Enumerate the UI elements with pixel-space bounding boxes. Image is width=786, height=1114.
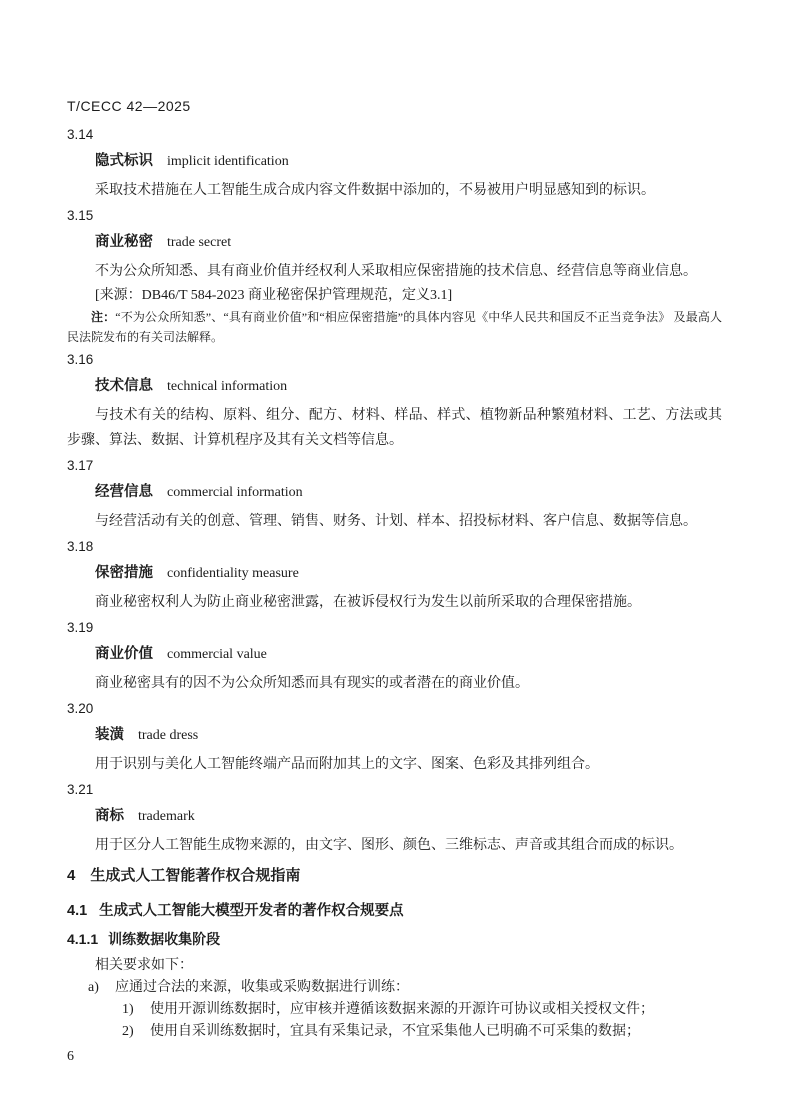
term-en: trade secret	[167, 235, 231, 250]
page-number: 6	[67, 1047, 722, 1067]
definition-number: 3.18	[67, 537, 722, 557]
section-4-1-1-heading: 4.1.1训练数据收集阶段	[67, 928, 722, 950]
definition-body: 商业秘密权利人为防止商业秘密泄露，在被诉侵权行为发生以前所采取的合理保密措施。	[67, 590, 722, 615]
definition-body: 与技术有关的结构、原料、组分、配方、材料、样品、样式、植物新品种繁殖材料、工艺、…	[67, 403, 722, 453]
definition-term: 隐式标识implicit identification	[95, 150, 722, 173]
list-text: 使用开源训练数据时，应审核并遵循该数据来源的开源许可协议或相关授权文件；	[150, 999, 654, 1021]
definition-body: 用于识别与美化人工智能终端产品而附加其上的文字、图案、色彩及其排列组合。	[67, 752, 722, 777]
list-marker: 1)	[122, 999, 150, 1021]
definition-note: 注：“不为公众所知悉”、“具有商业价值”和“相应保密措施”的具体内容见《中华人民…	[67, 307, 722, 347]
term-zh: 技术信息	[95, 378, 153, 394]
chapter-number: 4	[67, 867, 75, 884]
definition-number: 3.21	[67, 780, 722, 800]
term-zh: 商业秘密	[95, 234, 153, 250]
definition-body: 商业秘密具有的因不为公众所知悉而具有现实的或者潜在的商业价值。	[67, 671, 722, 696]
term-en: commercial value	[167, 647, 267, 662]
definition-number: 3.15	[67, 206, 722, 226]
definition-term: 技术信息technical information	[95, 375, 722, 398]
section-title: 训练数据收集阶段	[108, 931, 220, 947]
definition-body: 与经营活动有关的创意、管理、销售、财务、计划、样本、招投标材料、客户信息、数据等…	[67, 509, 722, 534]
term-en: technical information	[167, 379, 287, 394]
definition-body: 不为公众所知悉、具有商业价值并经权利人采取相应保密措施的技术信息、经营信息等商业…	[67, 259, 722, 284]
term-en: implicit identification	[167, 154, 289, 169]
definition-term: 保密措施confidentiality measure	[95, 562, 722, 585]
definition-term: 商业价值commercial value	[95, 643, 722, 666]
term-en: commercial information	[167, 485, 303, 500]
section-title: 生成式人工智能大模型开发者的著作权合规要点	[99, 903, 404, 919]
term-zh: 商标	[95, 808, 124, 824]
definition-source: [来源：DB46/T 584-2023 商业秘密保护管理规范，定义3.1]	[67, 284, 722, 307]
definition-term: 经营信息commercial information	[95, 481, 722, 504]
definition-body: 采取技术措施在人工智能生成合成内容文件数据中添加的，不易被用户明显感知到的标识。	[67, 178, 722, 203]
definition-number: 3.14	[67, 125, 722, 145]
list-marker: a)	[88, 977, 115, 999]
list-text: 使用自采训练数据时，宜具有采集记录，不宜采集他人已明确不可采集的数据；	[150, 1021, 640, 1043]
list-item-a: a) 应通过合法的来源，收集或采购数据进行训练：	[88, 977, 722, 999]
list-subitem-1: 1) 使用开源训练数据时，应审核并遵循该数据来源的开源许可协议或相关授权文件；	[122, 999, 722, 1021]
definition-3-18: 3.18 保密措施confidentiality measure 商业秘密权利人…	[67, 537, 722, 615]
section-4-1-heading: 4.1生成式人工智能大模型开发者的著作权合规要点	[67, 900, 722, 922]
list-marker: 2)	[122, 1021, 150, 1043]
doc-code-header: T/CECC 42—2025	[67, 96, 722, 116]
definition-3-17: 3.17 经营信息commercial information 与经营活动有关的…	[67, 456, 722, 534]
definition-term: 商业秘密trade secret	[95, 231, 722, 254]
note-text: “不为公众所知悉”、“具有商业价值”和“相应保密措施”的具体内容见《中华人民共和…	[67, 310, 722, 344]
definition-3-20: 3.20 装潢trade dress 用于识别与美化人工智能终端产品而附加其上的…	[67, 699, 722, 777]
term-zh: 隐式标识	[95, 153, 153, 169]
definition-number: 3.17	[67, 456, 722, 476]
term-en: trademark	[138, 809, 195, 824]
definition-number: 3.20	[67, 699, 722, 719]
section-number: 4.1	[67, 903, 87, 919]
definition-body: 用于区分人工智能生成物来源的，由文字、图形、颜色、三维标志、声音或其组合而成的标…	[67, 833, 722, 858]
definition-number: 3.19	[67, 618, 722, 638]
term-zh: 保密措施	[95, 565, 153, 581]
definition-3-14: 3.14 隐式标识implicit identification 采取技术措施在…	[67, 125, 722, 203]
term-zh: 商业价值	[95, 646, 153, 662]
definition-3-19: 3.19 商业价值commercial value 商业秘密具有的因不为公众所知…	[67, 618, 722, 696]
definition-term: 装潢trade dress	[95, 724, 722, 747]
term-zh: 装潢	[95, 727, 124, 743]
list-subitem-2: 2) 使用自采训练数据时，宜具有采集记录，不宜采集他人已明确不可采集的数据；	[122, 1021, 722, 1043]
term-en: confidentiality measure	[167, 566, 299, 581]
section-number: 4.1.1	[67, 931, 98, 947]
term-zh: 经营信息	[95, 484, 153, 500]
document-page: T/CECC 42—2025 3.14 隐式标识implicit identif…	[0, 0, 786, 1114]
definition-3-21: 3.21 商标trademark 用于区分人工智能生成物来源的，由文字、图形、颜…	[67, 780, 722, 858]
note-label: 注：	[91, 310, 115, 324]
list-intro: 相关要求如下：	[95, 955, 722, 977]
definition-3-16: 3.16 技术信息technical information 与技术有关的结构、…	[67, 350, 722, 453]
term-en: trade dress	[138, 728, 198, 743]
definition-number: 3.16	[67, 350, 722, 370]
definition-term: 商标trademark	[95, 805, 722, 828]
list-text: 应通过合法的来源，收集或采购数据进行训练：	[115, 977, 409, 999]
chapter-title: 生成式人工智能著作权合规指南	[90, 867, 300, 884]
chapter-heading: 4生成式人工智能著作权合规指南	[67, 865, 722, 887]
definition-3-15: 3.15 商业秘密trade secret 不为公众所知悉、具有商业价值并经权利…	[67, 206, 722, 347]
